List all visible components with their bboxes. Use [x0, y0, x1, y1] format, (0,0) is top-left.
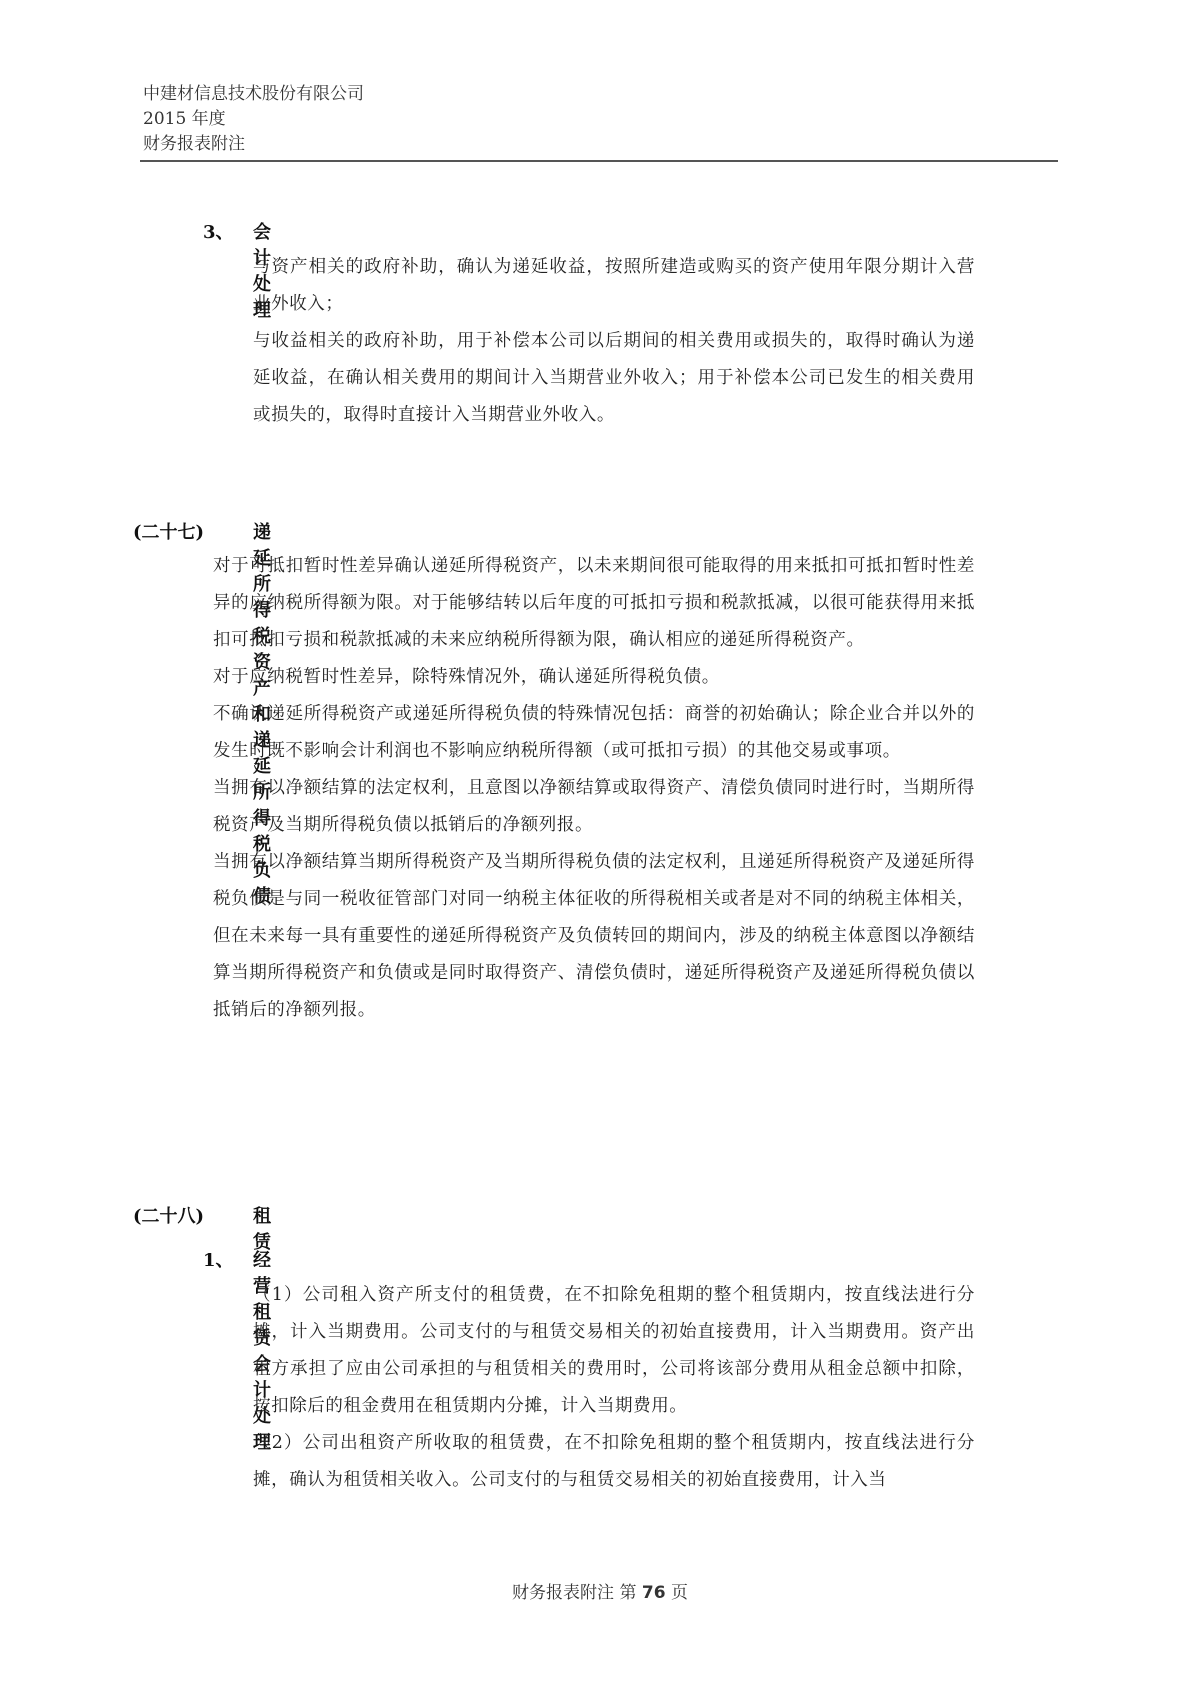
page-prefix: 第 [619, 1583, 636, 1603]
paragraph: 不确认递延所得税资产或递延所得税负债的特殊情况包括：商誉的初始确认；除企业合并以… [213, 696, 975, 770]
paragraph: 对于应纳税暂时性差异，除特殊情况外，确认递延所得税负债。 [213, 659, 975, 696]
document-title: 财务报表附注 [143, 132, 1058, 157]
section-3-heading: 3、 会计处理 [203, 220, 234, 246]
section-27-body: 对于可抵扣暂时性差异确认递延所得税资产，以未来期间很可能取得的用来抵扣可抵扣暂时… [213, 548, 975, 1029]
subsection-1-body: （1）公司租入资产所支付的租赁费，在不扣除免租期的整个租赁期内，按直线法进行分摊… [253, 1277, 975, 1499]
section-28-heading: (二十八) 租赁 [133, 1204, 204, 1230]
footer-label: 财务报表附注 [512, 1583, 614, 1603]
page-footer: 财务报表附注 第 76 页 [0, 1578, 1200, 1603]
paragraph: 对于可抵扣暂时性差异确认递延所得税资产，以未来期间很可能取得的用来抵扣可抵扣暂时… [213, 548, 975, 659]
paragraph: 当拥有以净额结算当期所得税资产及当期所得税负债的法定权利，且递延所得税资产及递延… [213, 844, 975, 1029]
paragraph: 与收益相关的政府补助，用于补偿本公司以后期间的相关费用或损失的，取得时确认为递延… [253, 323, 975, 434]
section-3-body: 与资产相关的政府补助，确认为递延收益，按照所建造或购买的资产使用年限分期计入营业… [253, 249, 975, 434]
page-header: 中建材信息技术股份有限公司 2015 年度 财务报表附注 [143, 82, 1058, 157]
section-number: (二十八) [133, 1204, 204, 1230]
page-number: 76 [642, 1583, 666, 1603]
company-name: 中建材信息技术股份有限公司 [143, 82, 1058, 107]
subsection-1-heading: 1、 经营租赁会计处理 [203, 1248, 234, 1274]
paragraph: （1）公司租入资产所支付的租赁费，在不扣除免租期的整个租赁期内，按直线法进行分摊… [253, 1277, 975, 1425]
section-number: (二十七) [133, 520, 204, 546]
paragraph: 当拥有以净额结算的法定权利，且意图以净额结算或取得资产、清偿负债同时进行时，当期… [213, 770, 975, 844]
paragraph: 与资产相关的政府补助，确认为递延收益，按照所建造或购买的资产使用年限分期计入营业… [253, 249, 975, 323]
subsection-number: 1、 [203, 1248, 234, 1274]
page-suffix: 页 [671, 1583, 688, 1603]
report-year: 2015 年度 [143, 107, 1058, 132]
section-number: 3、 [203, 220, 234, 246]
header-divider [140, 160, 1058, 162]
section-27-heading: (二十七) 递延所得税资产和递延所得税负债 [133, 520, 204, 546]
paragraph: （2）公司出租资产所收取的租赁费，在不扣除免租期的整个租赁期内，按直线法进行分摊… [253, 1425, 975, 1499]
